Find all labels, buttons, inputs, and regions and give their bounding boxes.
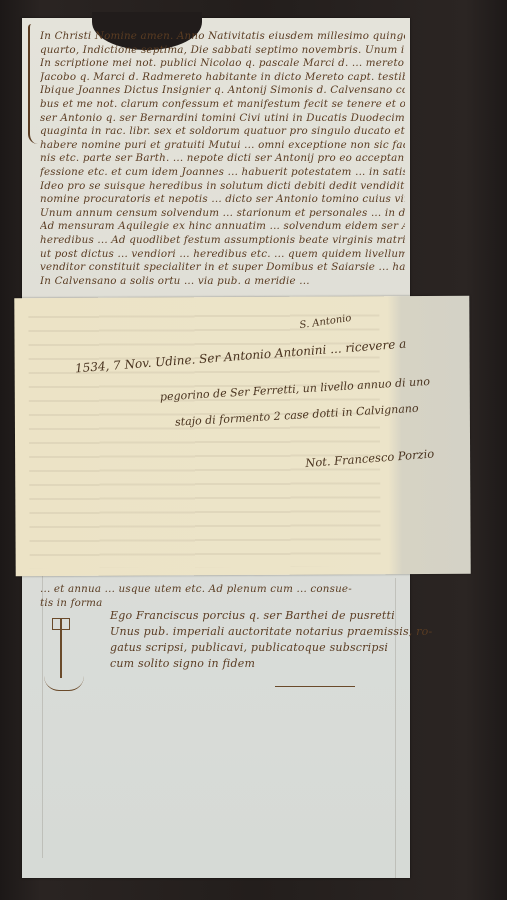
text-line: In Christi Nomine amen. Anno Nativitatis… [40, 30, 405, 44]
subscription-line: cum solito signo in fidem [110, 656, 432, 672]
text-line: In Calvensano a solis ortu ... via pub. … [40, 275, 405, 289]
text-line: nis etc. parte ser Barth. ... nepote dic… [40, 152, 405, 166]
subscription-line: gatus scripsi, publicavi, publicatoque s… [110, 640, 432, 656]
main-text-block: In Christi Nomine amen. Anno Nativitatis… [40, 30, 405, 288]
text-line: quarto, Indictione septima, Die sabbati … [40, 44, 405, 58]
text-line: Ibique Joannes Dictus Insignier q. Anton… [40, 84, 405, 98]
text-line: In scriptione mei not. publici Nicolao q… [40, 57, 405, 71]
subscription-line: Ego Franciscus porcius q. ser Barthei de… [110, 608, 432, 624]
text-line: heredibus ... Ad quodlibet festum assump… [40, 234, 405, 248]
text-line: nomine procuratoris et nepotis ... dicto… [40, 193, 405, 207]
sign-base-shape [44, 676, 84, 691]
text-line: Ad mensuram Aquilegie ex hinc annuatim .… [40, 220, 405, 234]
overlay-note-slip: S. Antonio 1534, 7 Nov. Udine. Ser Anton… [14, 296, 470, 576]
sign-stem-shape [60, 618, 62, 678]
text-line: Jacobo q. Marci d. Radmereto habitante i… [40, 71, 405, 85]
text-line: Ideo pro se suisque heredibus in solutum… [40, 180, 405, 194]
notarial-subscription: Ego Franciscus porcius q. ser Barthei de… [110, 608, 432, 672]
text-line: ser Antonio q. ser Bernardini tomini Civ… [40, 112, 405, 126]
text-line: Unum annum censum solvendum ... starionu… [40, 207, 405, 221]
text-line: quaginta in rac. libr. sex et soldorum q… [40, 125, 405, 139]
text-line: habere nomine puri et gratuiti Mutui ...… [40, 139, 405, 153]
text-line: bus et me not. clarum confessum et manif… [40, 98, 405, 112]
text-line: ... et annua ... usque utem etc. Ad plen… [40, 583, 352, 597]
signature-flourish [275, 686, 355, 687]
text-line: fessione etc. et cum idem Joannes ... ha… [40, 166, 405, 180]
text-line: ut post dictus ... vendiori ... heredibu… [40, 248, 405, 262]
text-line: venditor constituit specialiter in et su… [40, 261, 405, 275]
notary-sign-icon [40, 604, 95, 694]
decorated-initial [28, 24, 38, 144]
subscription-line: Unus pub. imperiali auctoritate notarius… [110, 624, 432, 640]
